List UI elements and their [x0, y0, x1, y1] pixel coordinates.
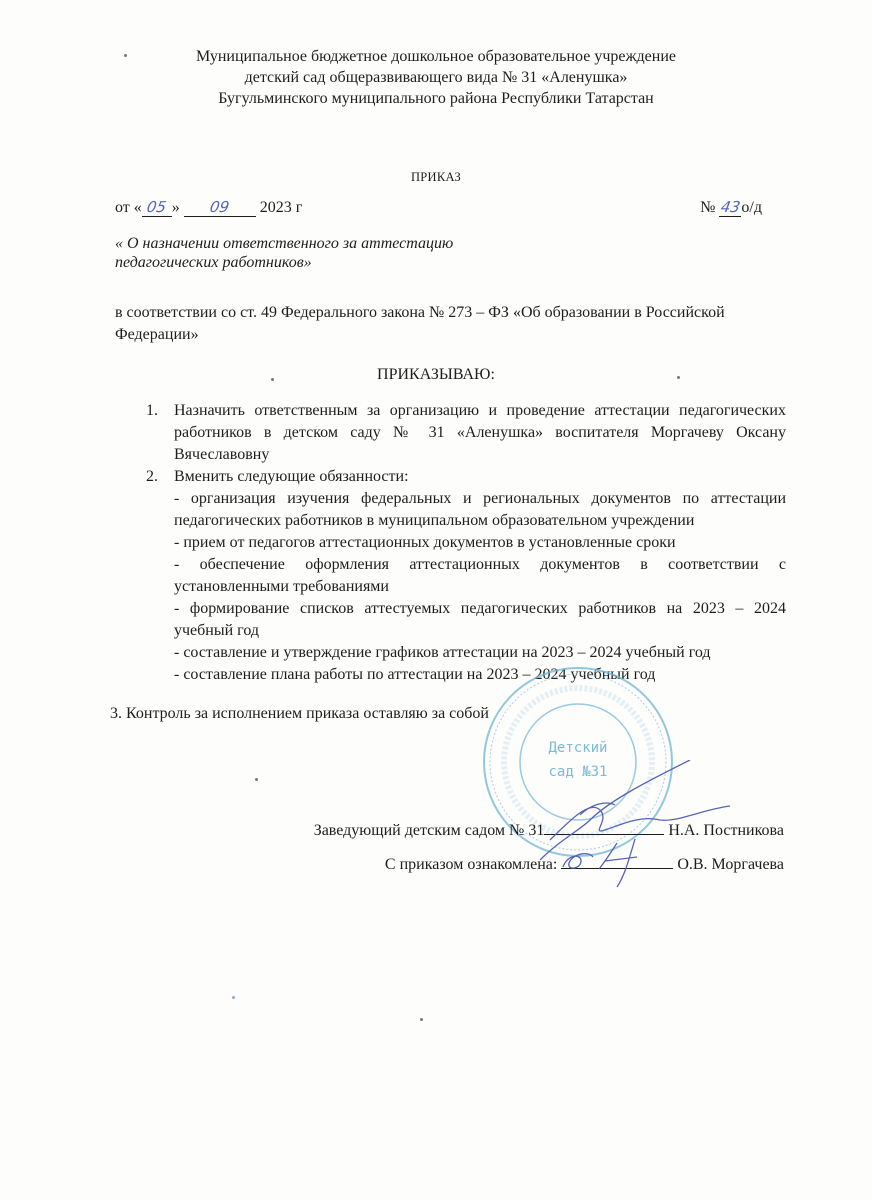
date-mid: »: [172, 199, 180, 216]
date-month: 09: [209, 198, 231, 216]
duty-item: - обеспечение оформления аттестационных …: [174, 554, 786, 598]
stamp-line-1: Детский: [480, 736, 676, 760]
duties-list: - организация изучения федеральных и рег…: [174, 488, 786, 686]
date-month-field: 09: [184, 198, 256, 217]
signature-role: Заведующий детским садом № 31: [314, 822, 545, 839]
item-number: 1.: [146, 400, 158, 422]
item-text: Назначить ответственным за организацию и…: [174, 400, 786, 466]
date-year: 2023 г: [260, 199, 303, 216]
document-type: ПРИКАЗ: [0, 170, 872, 185]
number-field: 43: [719, 198, 741, 217]
scan-speck: [124, 54, 127, 57]
number-value: 43: [719, 198, 741, 216]
order-item-1: 1. Назначить ответственным за организаци…: [146, 400, 786, 466]
handwritten-signature-icon: [555, 835, 675, 890]
organization-header: Муниципальное бюджетное дошкольное образ…: [0, 46, 872, 109]
item-number: 2.: [146, 466, 158, 488]
order-items: 1. Назначить ответственным за организаци…: [146, 400, 786, 686]
scan-speck: [677, 376, 680, 379]
order-number: № 43о/д: [700, 198, 762, 217]
duty-item: - формирование списков аттестуемых педаг…: [174, 598, 786, 642]
legal-basis: в соответствии со ст. 49 Федерального за…: [115, 302, 795, 346]
header-line-1: Муниципальное бюджетное дошкольное образ…: [0, 46, 872, 67]
date-prefix: от «: [115, 199, 142, 216]
item-text: Вменить следующие обязанности:: [174, 466, 786, 488]
scan-speck: [271, 378, 274, 381]
duty-item: - составление и утверждение графиков атт…: [174, 642, 786, 664]
order-word: ПРИКАЗЫВАЮ:: [0, 366, 872, 384]
date-day-field: 05: [142, 198, 172, 217]
order-date: от «05» 09 2023 г: [115, 198, 302, 217]
duty-item: - прием от педагогов аттестационных доку…: [174, 532, 786, 554]
scan-speck: [255, 778, 258, 781]
order-subject: « О назначении ответственного за аттеста…: [115, 234, 453, 272]
date-day: 05: [146, 198, 168, 216]
duty-item: - организация изучения федеральных и рег…: [174, 488, 786, 532]
header-line-2: детский сад общеразвивающего вида № 31 «…: [0, 67, 872, 88]
header-line-3: Бугульминского муниципального района Рес…: [0, 88, 872, 109]
order-item-2: 2. Вменить следующие обязанности: - орга…: [146, 466, 786, 686]
number-prefix: №: [700, 199, 715, 216]
control-clause: 3. Контроль за исполнением приказа остав…: [110, 705, 489, 723]
scan-speck: [420, 1018, 423, 1021]
number-suffix: о/д: [741, 199, 762, 216]
subject-line-1: « О назначении ответственного за аттеста…: [115, 234, 453, 253]
scan-speck: [232, 996, 235, 999]
subject-line-2: педагогических работников»: [115, 253, 453, 272]
